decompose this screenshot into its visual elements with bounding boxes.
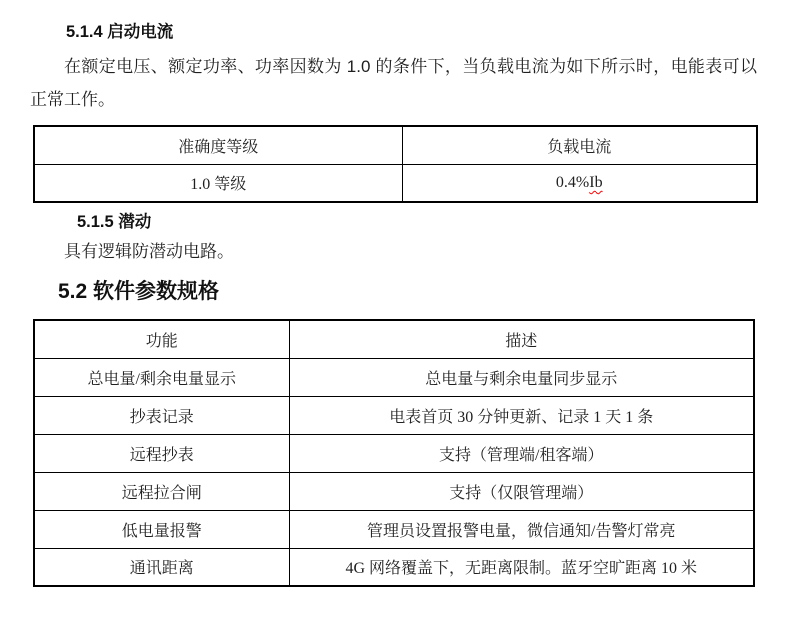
load-current-unit-misspelled: Ib [589,174,602,191]
document-page: 5.1.4 启动电流 在额定电压、额定功率、功率因数为 1.0 的条件下，当负载… [0,0,790,631]
cell-accuracy-class: 1.0 等级 [34,164,402,202]
table-header-row: 功能 描述 [34,320,754,358]
cell-description: 总电量与剩余电量同步显示 [289,358,754,396]
header-description: 描述 [289,320,754,358]
table-row: 远程抄表 支持（管理端/租客端） [34,434,754,472]
paragraph-creep: 具有逻辑防潜动电路。 [30,241,757,263]
table-row: 总电量/剩余电量显示 总电量与剩余电量同步显示 [34,358,754,396]
cell-description: 电表首页 30 分钟更新、记录 1 天 1 条 [289,396,754,434]
cell-function: 通讯距离 [34,548,289,586]
header-load-current: 负载电流 [402,126,757,164]
section-heading-52: 5.2 软件参数规格 [58,279,790,305]
section-heading-514: 5.1.4 启动电流 [66,0,790,42]
cell-description: 管理员设置报警电量，微信通知/告警灯常亮 [289,510,754,548]
cell-function: 远程抄表 [34,434,289,472]
header-accuracy-class: 准确度等级 [34,126,402,164]
load-current-value: 0.4% [556,174,589,191]
cell-function: 远程拉合闸 [34,472,289,510]
startup-current-table: 准确度等级 负载电流 1.0 等级 0.4%Ib [33,125,758,203]
header-function: 功能 [34,320,289,358]
table-row: 抄表记录 电表首页 30 分钟更新、记录 1 天 1 条 [34,396,754,434]
table-row: 远程拉合闸 支持（仅限管理端） [34,472,754,510]
table-row: 低电量报警 管理员设置报警电量，微信通知/告警灯常亮 [34,510,754,548]
cell-function: 总电量/剩余电量显示 [34,358,289,396]
cell-description: 支持（管理端/租客端） [289,434,754,472]
table-row: 通讯距离 4G 网络覆盖下，无距离限制。蓝牙空旷距离 10 米 [34,548,754,586]
cell-function: 低电量报警 [34,510,289,548]
cell-load-current: 0.4%Ib [402,164,757,202]
section-heading-515: 5.1.5 潜动 [77,203,790,232]
cell-function: 抄表记录 [34,396,289,434]
table-row: 1.0 等级 0.4%Ib [34,164,757,202]
table-header-row: 准确度等级 负载电流 [34,126,757,164]
paragraph-startup-current: 在额定电压、额定功率、功率因数为 1.0 的条件下，当负载电流为如下所示时，电能… [30,50,757,116]
cell-description: 支持（仅限管理端） [289,472,754,510]
cell-description: 4G 网络覆盖下，无距离限制。蓝牙空旷距离 10 米 [289,548,754,586]
software-parameters-table: 功能 描述 总电量/剩余电量显示 总电量与剩余电量同步显示 抄表记录 电表首页 … [33,319,755,587]
